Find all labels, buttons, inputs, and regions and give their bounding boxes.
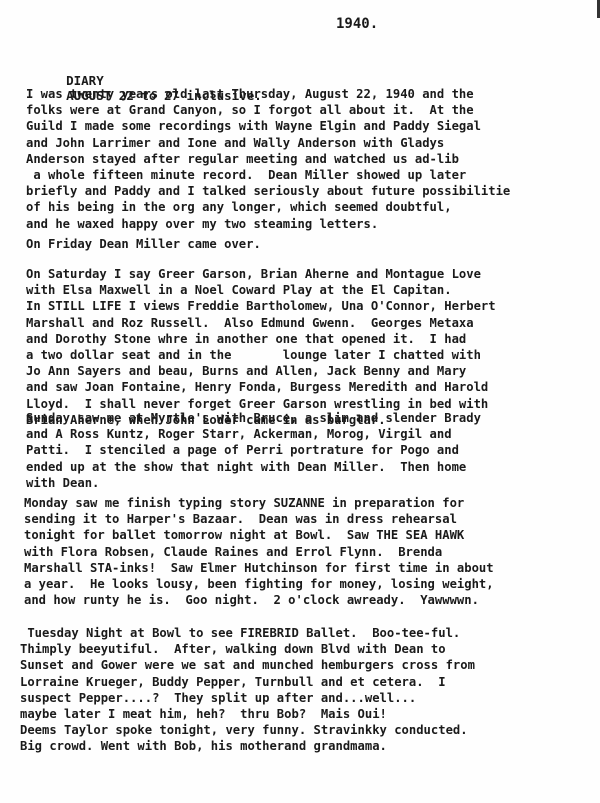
text-line: In STILL LIFE I views Freddie Bartholome… [26,298,496,314]
paragraph-friday: On Friday Dean Miller came over. [26,236,261,252]
text-line: Big crowd. Went with Bob, his motherand … [20,738,475,754]
paragraph-monday: Monday saw me finish typing story SUZANN… [24,495,494,608]
text-line: Guild I made some recordings with Wayne … [26,118,510,134]
text-line: Marshall and Roz Russell. Also Edmund Gw… [26,315,496,331]
text-line: Sunset and Gower were we sat and munched… [20,657,475,673]
text-line: and A Ross Kuntz, Roger Starr, Ackerman,… [26,426,481,442]
text-line: a year. He looks lousy, been fighting fo… [24,576,494,592]
text-line: ended up at the show that night with Dea… [26,459,481,475]
text-line: Patti. I stenciled a page of Perri portr… [26,442,481,458]
text-line: Monday saw me finish typing story SUZANN… [24,495,494,511]
text-line: briefly and Paddy and I talked seriously… [26,183,510,199]
text-line: with Elsa Maxwell in a Noel Coward Play … [26,282,496,298]
text-line: a two dollar seat and in the lounge late… [26,347,496,363]
text-line: a whole fifteen minute record. Dean Mill… [26,167,510,183]
text-line: sending it to Harper's Bazaar. Dean was … [24,511,494,527]
text-line: suspect Pepper....? They split up after … [20,690,475,706]
text-line: Lorraine Krueger, Buddy Pepper, Turnbull… [20,674,475,690]
text-line: On Saturday I say Greer Garson, Brian Ah… [26,266,496,282]
text-line: Sunday saw me at Myrtle's with Bruce, a … [26,410,481,426]
text-line: and he waxed happy over my two steaming … [26,216,510,232]
text-line: Anderson stayed after regular meeting an… [26,151,510,167]
text-line: and saw Joan Fontaine, Henry Fonda, Burg… [26,379,496,395]
text-line: and how runty he is. Goo night. 2 o'cloc… [24,592,494,608]
text-line: tonight for ballet tomorrow night at Bow… [24,527,494,543]
text-line: maybe later I meat him, heh? thru Bob? M… [20,706,475,722]
paragraph-saturday: On Saturday I say Greer Garson, Brian Ah… [26,266,496,428]
paragraph-birthday: I was twenty years old last Thursday, Au… [26,86,510,232]
text-line: with Flora Robsen, Claude Raines and Err… [24,544,494,560]
text-line: of his being in the org any longer, whic… [26,199,510,215]
text-line: On Friday Dean Miller came over. [26,236,261,252]
text-line: Marshall STA-inks! Saw Elmer Hutchinson … [24,560,494,576]
text-line: and Dorothy Stone whre in another one th… [26,331,496,347]
paragraph-sunday: Sunday saw me at Myrtle's with Bruce, a … [26,410,481,491]
paragraph-tuesday: Tuesday Night at Bowl to see FIREBRID Ba… [20,625,475,755]
text-line: Thimply beeyutiful. After, walking down … [20,641,475,657]
diary-page: 1940. DIARY AUGUST 22 to 27 inclusive. I… [0,0,600,803]
text-line: Deems Taylor spoke tonight, very funny. … [20,722,475,738]
text-line: folks were at Grand Canyon, so I forgot … [26,102,510,118]
text-line: I was twenty years old last Thursday, Au… [26,86,510,102]
text-line: and John Larrimer and Ione and Wally And… [26,135,510,151]
text-line: Jo Ann Sayers and beau, Burns and Allen,… [26,363,496,379]
page-year: 1940. [336,16,378,32]
text-line: with Dean. [26,475,481,491]
text-line: Tuesday Night at Bowl to see FIREBRID Ba… [20,625,475,641]
